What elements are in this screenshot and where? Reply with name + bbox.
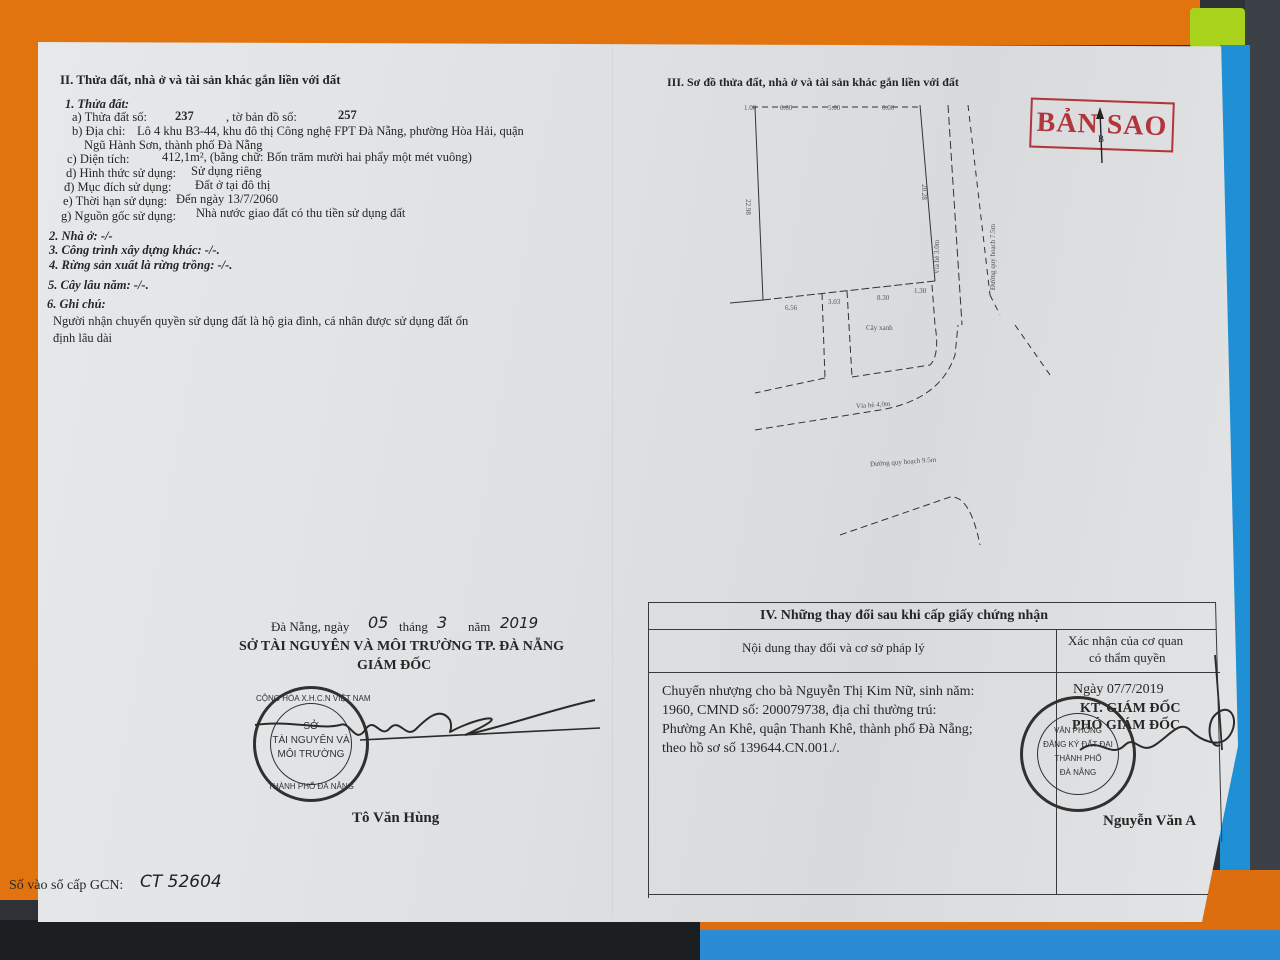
origin-label: g) Nguồn gốc sử dụng:	[61, 209, 176, 223]
map-number: 257	[338, 108, 357, 122]
land-title: 1. Thửa đất:	[65, 97, 129, 111]
label-sidewalk-3: Vỉa hè 3.0m	[930, 240, 944, 274]
notes-line-2: định lâu dài	[53, 331, 112, 345]
issuing-agency: SỞ TÀI NGUYÊN VÀ MÔI TRƯỜNG TP. ĐÀ NẴNG	[239, 640, 564, 654]
area-label: c) Diện tích:	[67, 152, 129, 166]
perennial-trees-item: 5. Cây lâu năm: -/-.	[48, 278, 149, 292]
sign-day: 05	[368, 616, 388, 630]
address-line-1: Lô 4 khu B3-44, khu đô thị Công nghệ FPT…	[137, 124, 524, 138]
use-form-value: Sử dụng riêng	[191, 164, 262, 178]
dim-left: 22.98	[741, 199, 755, 215]
dim-bottom-3: 8.30	[877, 291, 889, 305]
purpose-value: Đất ở tại đô thị	[195, 178, 270, 192]
production-forest-item: 4. Rừng sản xuất là rừng trồng: -/-.	[49, 258, 232, 272]
origin-value: Nhà nước giao đất có thu tiền sử dụng đấ…	[196, 206, 405, 220]
director-signature	[250, 690, 610, 760]
background-fabric	[1245, 0, 1280, 960]
place-date-prefix: Đà Nẵng, ngày	[271, 620, 349, 634]
parcel-label: a) Thửa đất số:	[72, 110, 147, 124]
section-2-heading: II. Thửa đất, nhà ở và tài sản khác gắn …	[60, 73, 341, 87]
parcel-number: 237	[175, 109, 194, 123]
confirm-signature	[1070, 640, 1250, 780]
section-4-heading: IV. Những thay đổi sau khi cấp giấy chứn…	[760, 609, 1048, 623]
label-green-area: Cây xanh	[866, 321, 893, 335]
address-label: b) Địa chỉ:	[72, 124, 125, 138]
changes-col1-header: Nội dung thay đổi và cơ sở pháp lý	[742, 641, 925, 655]
dim-top-3: 5.00	[828, 101, 840, 115]
change-line-1: Chuyển nhượng cho bà Nguyễn Thị Kim Nữ, …	[662, 685, 974, 699]
dim-top-1: 1.00	[744, 101, 756, 115]
notes-line-1: Người nhận chuyển quyền sử dụng đất là h…	[53, 314, 468, 328]
background-dark-surface	[0, 920, 760, 960]
label-sidewalk-4: Vỉa hè 4,0m	[856, 397, 891, 413]
signer-position: GIÁM ĐỐC	[357, 659, 431, 673]
label-road-7-5: Đường quy hoạch 7.5m	[986, 224, 1000, 290]
registry-label: Số vào sổ cấp GCN:	[9, 879, 123, 893]
sign-year: 2019	[500, 616, 538, 630]
dim-bottom-4: 1.30	[914, 284, 926, 298]
month-label: tháng	[399, 620, 428, 634]
map-label: , tờ bản đồ số:	[226, 110, 297, 124]
dim-top-2: 6.00	[780, 101, 792, 115]
notes-title: 6. Ghi chú:	[47, 297, 106, 311]
change-line-4: theo hồ sơ số 139644.CN.001./.	[662, 742, 840, 756]
background-green-folder	[1190, 8, 1245, 48]
term-label: e) Thời hạn sử dụng:	[63, 194, 167, 208]
dim-bottom-1: 6.56	[785, 301, 797, 315]
house-item: 2. Nhà ở: -/-	[49, 229, 113, 243]
change-line-3: Phường An Khê, quận Thanh Khê, thành phố…	[662, 723, 973, 737]
dim-bottom-2: 3.03	[828, 295, 840, 309]
signer-name: Tô Văn Hùng	[352, 811, 439, 825]
dim-right: 20.28	[917, 184, 931, 200]
land-plot-diagram	[700, 95, 1140, 565]
registry-number: CT 52604	[140, 875, 222, 889]
confirm-signer-name: Nguyễn Văn A	[1103, 814, 1196, 828]
use-form-label: d) Hình thức sử dụng:	[66, 166, 176, 180]
section-3-heading: III. Sơ đồ thửa đất, nhà ở và tài sản kh…	[667, 75, 959, 89]
paper-fold	[612, 45, 613, 915]
purpose-label: đ) Mục đích sử dụng:	[64, 180, 171, 194]
seal-bottom-text: THÀNH PHỐ ĐÀ NẴNG	[256, 781, 366, 793]
area-value: 412,1m², (bằng chữ: Bốn trăm mười hai ph…	[162, 150, 472, 164]
sign-month: 3	[437, 616, 447, 630]
other-construction-item: 3. Công trình xây dựng khác: -/-.	[49, 243, 220, 257]
term-value: Đến ngày 13/7/2060	[176, 192, 278, 206]
background-orange-folder	[0, 0, 1200, 45]
dim-top-4: 6.00	[882, 101, 894, 115]
background-blue-folder-bottom	[700, 930, 1280, 960]
change-line-2: 1960, CMND số: 200079738, địa chỉ thường…	[662, 704, 936, 718]
year-label: năm	[468, 620, 490, 634]
